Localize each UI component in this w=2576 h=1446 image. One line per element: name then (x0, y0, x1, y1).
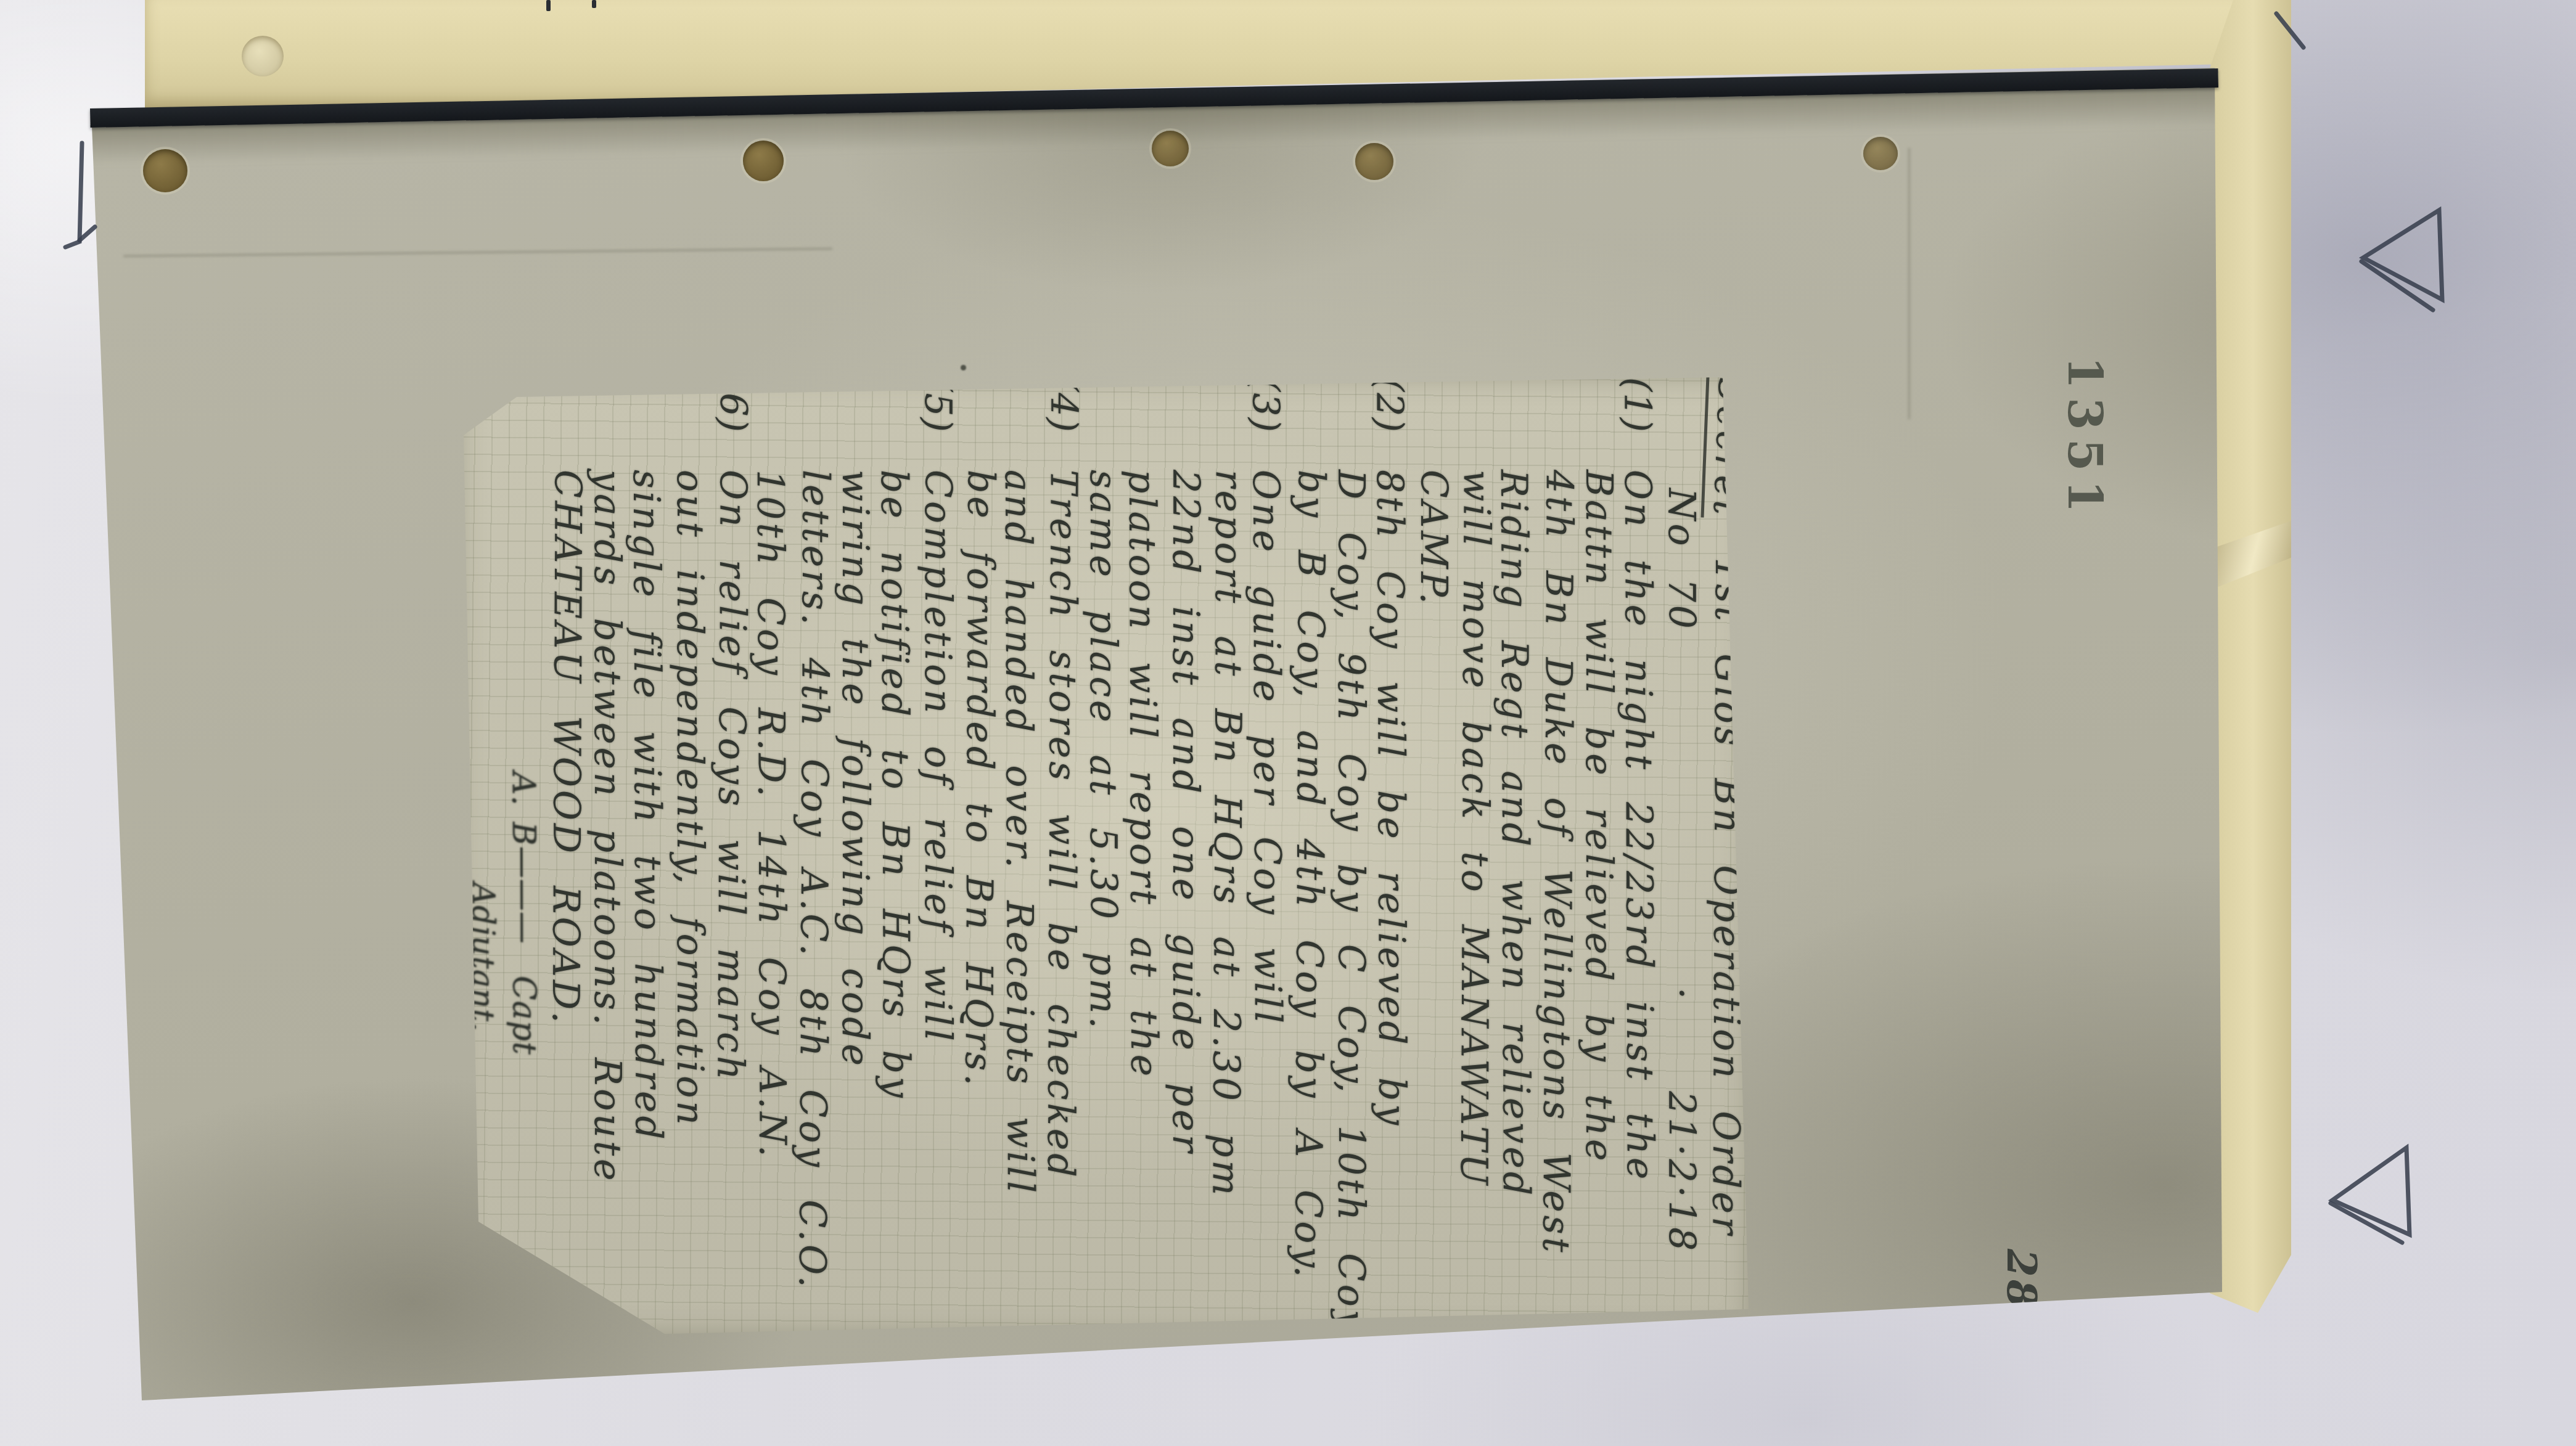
handwriting-line: (4)Trench stores will be checked (1039, 377, 1085, 1334)
punch-hole-folder (242, 36, 284, 76)
staple-mark (546, 0, 551, 11)
handwriting-line: wiring the following code (834, 377, 876, 1334)
handwriting-line: same place at 5.30 pm. (1082, 377, 1123, 1334)
message-sheet: Secret1st Glos Bn Operation OrderNo 70 ·… (457, 376, 1750, 1335)
punch-hole (743, 141, 784, 181)
handwriting-line: yards between platoons. Route (586, 377, 628, 1334)
page-crease (123, 248, 832, 257)
handwriting-line: be forwarded to Bn HQrs. (956, 377, 1002, 1334)
handwriting-line: platoon will report at the (1120, 377, 1165, 1334)
archive-number-stamp: 1351 (2052, 356, 2120, 553)
handwriting-line: (2)8th Coy will be relieved by (1368, 377, 1413, 1334)
handwriting-line: (1)On the night 22/23rd inst the (1616, 377, 1660, 1334)
staple-mark (592, 0, 596, 8)
handwriting-line: and handed over. Receipts will (996, 377, 1041, 1334)
pen-triangle-top-right (2363, 210, 2442, 300)
handwriting-line: Battn will be relieved by the (1578, 377, 1619, 1334)
handwriting-line: will move back to MANAWATU (1452, 377, 1498, 1334)
handwriting-line: by B Coy, and 4th Coy by A Coy. (1287, 377, 1332, 1334)
archive-number: 1351 (2057, 356, 2112, 521)
handwriting-line: report at Bn HQrs at 2.30 pm (1204, 377, 1250, 1334)
signature-role: Adjutant. (461, 377, 506, 1334)
punch-hole (1355, 143, 1393, 180)
ink-speck (961, 365, 966, 370)
handwriting-line: Riding Regt and when relieved (1492, 377, 1536, 1334)
handwriting-line: 4th Bn Duke of Wellingtons West (1535, 377, 1580, 1334)
handwriting-line: CAMP. (1413, 377, 1454, 1334)
handwriting-line: (6)On relief Coys will march (708, 377, 754, 1334)
photograph-of-document: { "stamps": { "archive_number": "1351", … (0, 0, 2576, 1446)
punch-hole (143, 149, 187, 192)
handwriting-line: Secret1st Glos Bn Operation Order (1700, 377, 1750, 1334)
handwriting-line: out independently, formation (669, 377, 710, 1334)
handwriting-line: letters. 4th Coy A.C. 8th Coy C.O. (791, 377, 837, 1334)
handwriting-line: (5)Completion of relief will (917, 377, 958, 1334)
signature-line: A. B——— Capt (501, 377, 545, 1334)
punch-hole (1863, 137, 1898, 170)
punch-hole (1152, 131, 1189, 166)
document-page: Secret1st Glos Bn Operation OrderNo 70 ·… (0, 0, 2576, 1446)
handwriting-block: Secret1st Glos Bn Operation OrderNo 70 ·… (459, 377, 1747, 1334)
page-crease (1908, 148, 1910, 419)
pen-angle-mark-left (65, 143, 82, 247)
handwriting-line: 22nd inst and one guide per (1165, 377, 1206, 1334)
handwriting-line: be notified to Bn HQrs by (872, 377, 917, 1334)
handwriting-line: No 70 · 21·2·18 (1660, 377, 1702, 1334)
handwriting-line: D Coy, 9th Coy by C Coy, 10th Coy (1330, 377, 1371, 1334)
handwriting-line: CHATEAU WOOD ROAD. (543, 377, 589, 1334)
pen-triangle-bottom-right (2332, 1148, 2410, 1235)
page-number: 28 (1998, 1249, 2046, 1310)
handwriting-line: single file with two hundred (625, 377, 669, 1334)
page-number-mark: 28 (1998, 1249, 2053, 1335)
handwriting-line: (3)One guide per Coy will (1244, 377, 1289, 1334)
handwriting-line: 10th Coy R.D. 14th Coy A.N. (749, 377, 793, 1334)
